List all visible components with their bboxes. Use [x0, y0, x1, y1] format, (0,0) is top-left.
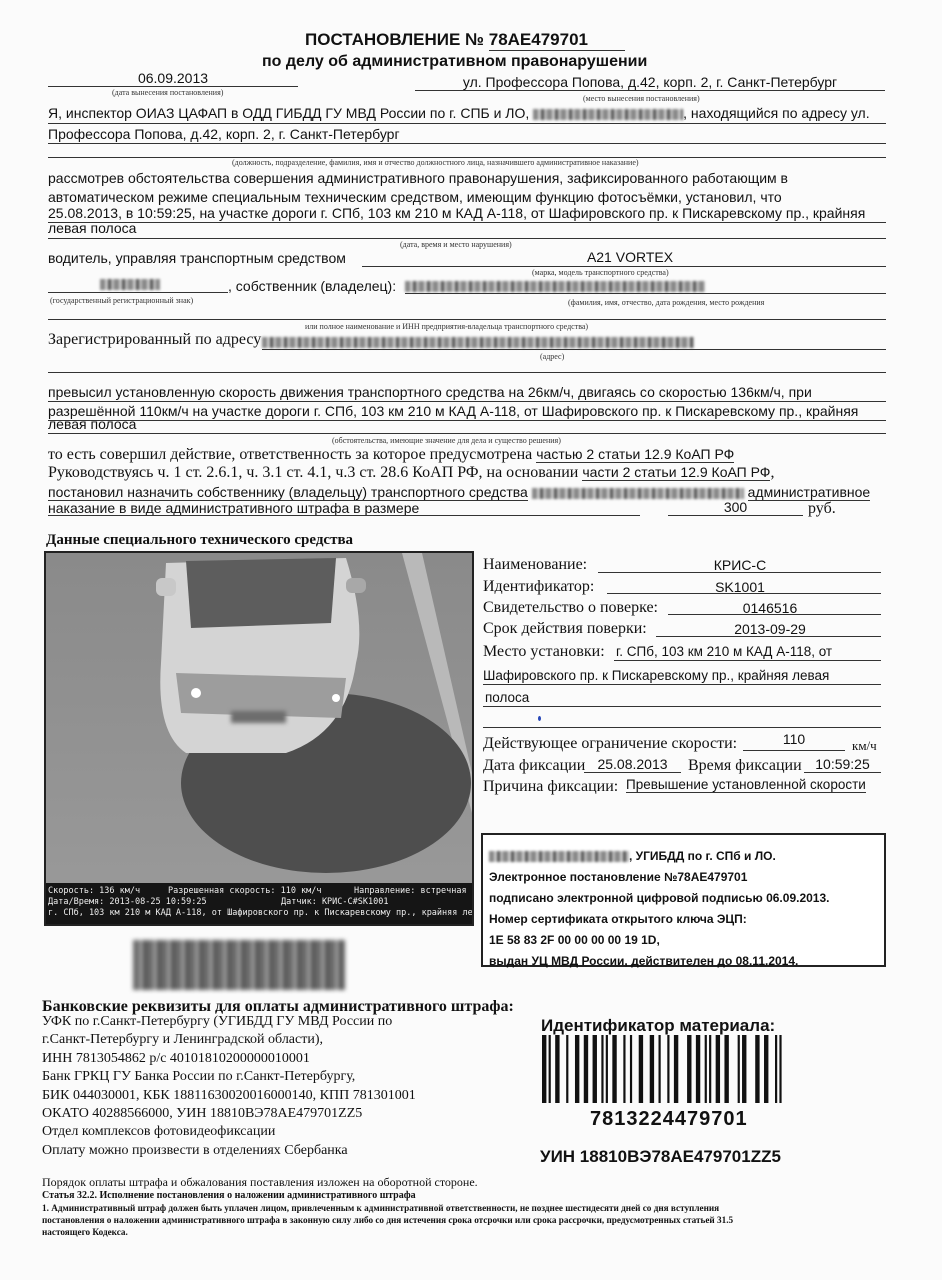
footer-line-1: Порядок оплаты штрафа и обжалования пост…	[42, 1175, 478, 1190]
bank-line: Банк ГРКЦ ГУ Банка России по г.Санкт-Пет…	[42, 1069, 355, 1085]
redacted-stamp	[133, 940, 345, 990]
inspector-line-1: Я, инспектор ОИАЗ ЦАФАП в ОДД ГИБДД ГУ М…	[48, 105, 870, 121]
signer-line: , УГИБДД по г. СПб и ЛО.	[489, 846, 884, 867]
device-name-value: КРИС-С	[640, 557, 840, 573]
ink-dot	[538, 716, 541, 721]
ruled-text: постановил назначить собственнику (владе…	[48, 484, 870, 500]
violation-line-2: разрешённой 110км/ч на участке дороги г.…	[48, 403, 858, 419]
signer-name-redacted	[489, 851, 629, 862]
decree-number: 78АЕ479701	[489, 30, 625, 51]
overlay-location: г. СПб, 103 км 210 м КАД А-118, от Шафир…	[46, 908, 472, 919]
responsibility-article: частью 2 статьи 12.9 КоАП РФ	[536, 446, 734, 463]
verification-cert-label: Свидетельство о поверке:	[483, 599, 658, 617]
fix-reason-label: Причина фиксации:	[483, 778, 618, 796]
violation-line-3: левая полоса	[48, 416, 136, 432]
bank-line: УФК по г.Санкт-Петербургу (УГИБДД ГУ МВД…	[42, 1014, 392, 1030]
install-location-line-3: полоса	[485, 690, 529, 705]
uin-number: УИН 18810ВЭ78АЕ479701ZZ5	[540, 1147, 781, 1167]
inspector-caption: (должность, подразделение, фамилия, имя …	[232, 158, 639, 167]
sig-line-3: подписано электронной цифровой подписью …	[489, 888, 884, 909]
barcode-number: 7813224479701	[590, 1108, 748, 1131]
speed-limit-label: Действующее ограничение скорости:	[483, 735, 737, 753]
owner-redacted-2	[532, 488, 744, 499]
bank-line: ИНН 7813054862 р/с 40101810200000010001	[42, 1051, 310, 1067]
circumstances-line-2: автоматическом режиме специальным технич…	[48, 189, 782, 205]
sig-line-5: 1E 58 83 2F 00 00 00 00 19 1D,	[489, 930, 884, 951]
overlay-speed: Скорость: 136 км/ч	[48, 886, 140, 897]
penalty-text: наказание в виде административного штраф…	[48, 500, 419, 516]
registered-label: Зарегистрированный по адресу	[48, 331, 261, 349]
photo-overlay: Скорость: 136 км/ч Разрешенная скорость:…	[46, 883, 472, 924]
verification-expiry-label: Срок действия поверки:	[483, 620, 647, 638]
bank-line: ОКАТО 40288566000, УИН 18810ВЭ78АЕ479701…	[42, 1106, 362, 1122]
responsibility-text: то есть совершил действие, ответственнос…	[48, 446, 734, 464]
document-subtitle: по делу об административном правонарушен…	[262, 53, 647, 71]
inspector-name-redacted	[533, 109, 683, 120]
verification-cert-value: 0146516	[680, 600, 860, 616]
overlay-allowed-speed: Разрешенная скорость: 110 км/ч	[168, 886, 322, 897]
title-prefix: ПОСТАНОВЛЕНИЕ №	[305, 30, 484, 49]
e-signature-box: , УГИБДД по г. СПб и ЛО. Электронное пос…	[481, 833, 886, 967]
device-name-label: Наименование:	[483, 556, 587, 574]
install-location-line-1: г. СПб, 103 км 210 м КАД А-118, от	[616, 644, 832, 659]
device-section-title: Данные специального технического средств…	[46, 532, 353, 549]
material-id-title: Идентификатор материала:	[541, 1016, 775, 1036]
inspector-line-2: Профессора Попова, д.42, корп. 2, г. Сан…	[48, 126, 400, 142]
circumstances-line-4: левая полоса	[48, 220, 136, 236]
bank-line: БИК 044030001, КБК 18811630020016000140,…	[42, 1088, 416, 1104]
bank-line: Отдел комплексов фотовидеофиксации	[42, 1124, 275, 1140]
fix-date-label: Дата фиксации	[483, 757, 585, 775]
owner-label: , собственник (владелец):	[228, 278, 396, 294]
footer-line-4: постановления о наложении административн…	[42, 1215, 733, 1225]
bank-line: г.Санкт-Петербургу и Ленинградской облас…	[42, 1032, 323, 1048]
speed-limit-unit: км/ч	[852, 738, 877, 754]
violation-caption: (обстоятельства, имеющие значение для де…	[332, 436, 561, 445]
plate-caption: (государственный регистрационный знак)	[50, 296, 193, 305]
footer-line-2: Статья 32.2. Исполнение постановления о …	[42, 1190, 416, 1201]
overlay-sensor: Датчик: КРИС-С#SK1001	[281, 897, 388, 908]
owner-caption: (фамилия, имя, отчество, дата рождения, …	[568, 298, 764, 307]
car-photo-image	[46, 553, 472, 924]
vehicle-model: A21 VORTEX	[480, 249, 780, 265]
plate-redacted	[100, 279, 160, 290]
fine-currency: руб.	[808, 500, 836, 518]
sig-line-6: выдан УЦ МВД России, действителен до 08.…	[489, 951, 884, 972]
bank-line: Оплату можно произвести в отделениях Сбе…	[42, 1143, 348, 1159]
fix-reason-value: Превышение установленной скорости	[626, 777, 866, 793]
decision-place: ул. Профессора Попова, д.42, корп. 2, г.…	[415, 74, 885, 90]
owner-name-redacted	[405, 281, 705, 292]
fix-time-label: Время фиксации	[688, 757, 802, 775]
fine-amount: 300	[668, 499, 803, 515]
device-id-value: SK1001	[640, 579, 840, 595]
verification-expiry-value: 2013-09-29	[680, 621, 860, 637]
owner-caption-2: или полное наименование и ИНН предприяти…	[305, 322, 588, 331]
violation-photo: Скорость: 136 км/ч Разрешенная скорость:…	[44, 551, 474, 926]
sig-line-4: Номер сертификата открытого ключа ЭЦП:	[489, 909, 884, 930]
footer-line-5: настоящего Кодекса.	[42, 1227, 128, 1237]
decision-place-caption: (место вынесения постановления)	[583, 94, 700, 103]
document-title: ПОСТАНОВЛЕНИЕ № 78АЕ479701	[305, 30, 625, 51]
install-location-line-2: Шафировского пр. к Пискаревскому пр., кр…	[483, 668, 829, 683]
decision-date-caption: (дата вынесения постановления)	[112, 88, 223, 97]
guided-article: части 2 статьи 12.9 КоАП РФ	[582, 464, 770, 481]
install-location-label: Место установки:	[483, 643, 605, 661]
circumstances-line-1: рассмотрев обстоятельства совершения адм…	[48, 170, 788, 186]
device-id-label: Идентификатор:	[483, 578, 594, 596]
driver-label: водитель, управляя транспортным средство…	[48, 250, 346, 266]
overlay-direction: Направление: встречная	[354, 886, 467, 897]
circumstances-caption: (дата, время и место нарушения)	[400, 240, 512, 249]
vehicle-model-caption: (марка, модель транспортного средства)	[532, 268, 669, 277]
address-redacted	[262, 337, 694, 348]
violation-line-1: превысил установленную скорость движения…	[48, 384, 812, 400]
overlay-datetime: Дата/Время: 2013-08-25 10:59:25	[48, 897, 207, 908]
barcode	[542, 1035, 786, 1103]
address-caption: (адрес)	[540, 352, 564, 361]
fix-date-value: 25.08.2013	[584, 756, 681, 772]
decision-date: 06.09.2013	[48, 70, 298, 86]
speed-limit-value: 110	[743, 731, 845, 747]
sig-line-2: Электронное постановление №78АЕ479701	[489, 867, 884, 888]
footer-line-3: 1. Административный штраф должен быть уп…	[42, 1203, 719, 1213]
circumstances-line-3: 25.08.2013, в 10:59:25, на участке дорог…	[48, 205, 865, 221]
guided-text: Руководствуясь ч. 1 ст. 2.6.1, ч. 3.1 ст…	[48, 464, 774, 482]
fix-time-value: 10:59:25	[804, 756, 881, 772]
